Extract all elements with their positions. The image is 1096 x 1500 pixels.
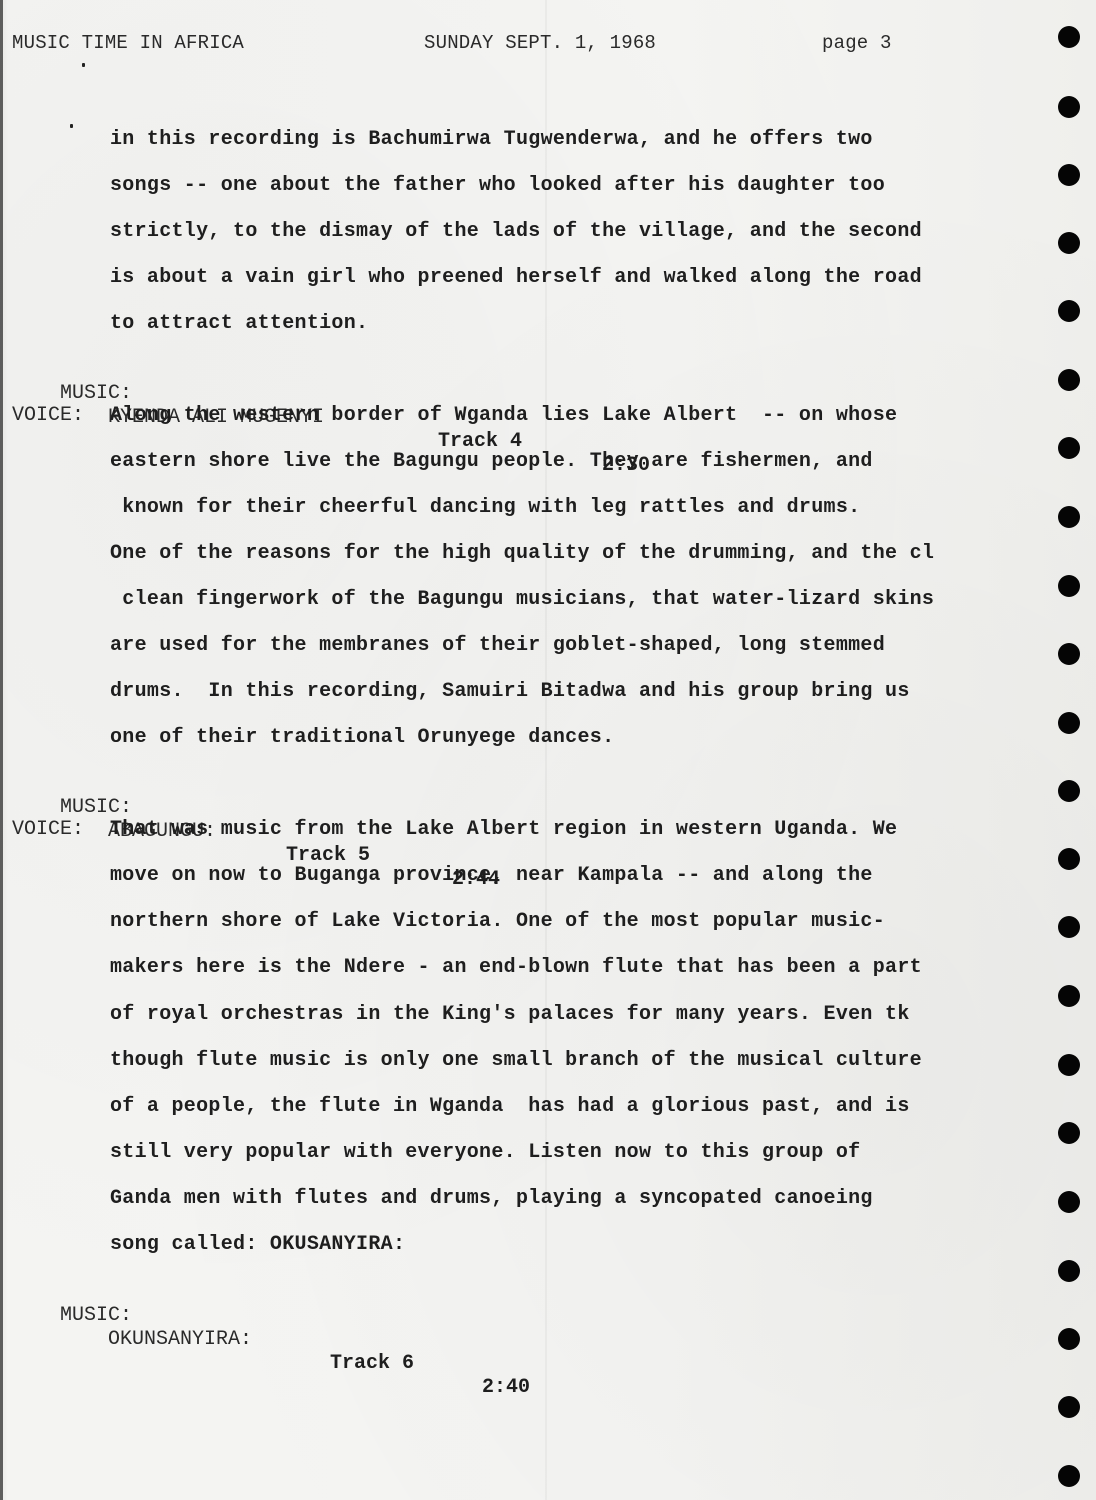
- text-line: One of the reasons for the high quality …: [110, 542, 934, 566]
- text-line: of a people, the flute in Wganda has had…: [110, 1095, 910, 1119]
- text-line: still very popular with everyone. Listen…: [110, 1141, 860, 1165]
- broadcast-date: SUNDAY SEPT. 1, 1968: [424, 32, 656, 54]
- music-cue-track-6: MUSIC: OKUNSANYIRA: Track 6 2:40: [12, 1280, 712, 1424]
- punch-hole-icon: [1058, 1328, 1080, 1350]
- text-line: one of their traditional Orunyege dances…: [110, 726, 614, 750]
- punch-hole-icon: [1058, 1465, 1080, 1487]
- text-line: of royal orchestras in the King's palace…: [110, 1003, 910, 1027]
- text-line: makers here is the Ndere - an end-blown …: [110, 956, 922, 980]
- text-line: Along the western border of Wganda lies …: [110, 404, 897, 428]
- punch-hole-icon: [1058, 780, 1080, 802]
- punch-hole-icon: [1058, 164, 1080, 186]
- punch-hole-icon: [1058, 916, 1080, 938]
- text-line: is about a vain girl who preened herself…: [110, 266, 922, 290]
- cue-label: MUSIC:: [60, 1304, 132, 1327]
- punch-hole-icon: [1058, 1054, 1080, 1076]
- punch-hole-icon: [1058, 575, 1080, 597]
- text-line: clean fingerwork of the Bagungu musician…: [110, 588, 934, 612]
- page-left-edge: [0, 0, 3, 1500]
- punch-hole-icon: [1058, 369, 1080, 391]
- music-cue-track-5: MUSIC: ABAGUNGU: Track 5 2:44: [12, 772, 712, 916]
- text-line: in this recording is Bachumirwa Tugwende…: [110, 128, 873, 152]
- punch-hole-icon: [1058, 1396, 1080, 1418]
- text-line: songs -- one about the father who looked…: [110, 174, 885, 198]
- punch-hole-icon: [1058, 985, 1080, 1007]
- text-line: drums. In this recording, Samuiri Bitadw…: [110, 680, 910, 704]
- text-line: Ganda men with flutes and drums, playing…: [110, 1187, 873, 1211]
- punch-hole-icon: [1058, 437, 1080, 459]
- text-line: move on now to Buganga province, near Ka…: [110, 864, 873, 888]
- text-line: though flute music is only one small bra…: [110, 1049, 922, 1073]
- punch-hole-icon: [1058, 96, 1080, 118]
- punch-hole-icon: [1058, 848, 1080, 870]
- text-line: are used for the membranes of their gobl…: [110, 634, 885, 658]
- punch-hole-icon: [1058, 300, 1080, 322]
- text-line: to attract attention.: [110, 312, 368, 336]
- text-line: northern shore of Lake Victoria. One of …: [110, 910, 885, 934]
- punch-hole-icon: [1058, 506, 1080, 528]
- text-line: strictly, to the dismay of the lads of t…: [110, 220, 922, 244]
- punch-hole-icon: [1058, 712, 1080, 734]
- cue-label: MUSIC:: [60, 382, 132, 405]
- voice-label: VOICE:: [12, 404, 84, 428]
- cue-label: MUSIC:: [60, 796, 132, 819]
- program-title: MUSIC TIME IN AFRICA: [12, 32, 244, 54]
- text-line: known for their cheerful dancing with le…: [110, 496, 860, 520]
- typescript-page: MUSIC TIME IN AFRICA SUNDAY SEPT. 1, 196…: [0, 0, 1096, 1500]
- cue-track: Track 6: [330, 1352, 414, 1376]
- text-line: That was music from the Lake Albert regi…: [110, 818, 897, 842]
- ink-speck: [82, 63, 85, 67]
- punch-hole-icon: [1058, 1191, 1080, 1213]
- voice-label: VOICE:: [12, 818, 84, 842]
- cue-duration: 2:40: [482, 1376, 530, 1400]
- text-line: eastern shore live the Bagungu people. T…: [110, 450, 873, 474]
- text-line: song called: OKUSANYIRA:: [110, 1233, 405, 1257]
- punch-hole-icon: [1058, 1122, 1080, 1144]
- punch-hole-icon: [1058, 232, 1080, 254]
- punch-hole-icon: [1058, 26, 1080, 48]
- punch-hole-icon: [1058, 1260, 1080, 1282]
- music-cue-track-4: MUSIC: KYENDA ALI MUGENYI Track 4 2:30: [12, 358, 712, 502]
- cue-title: OKUNSANYIRA:: [108, 1328, 252, 1352]
- page-number: page 3: [822, 32, 892, 54]
- ink-speck: [70, 124, 73, 128]
- punch-hole-icon: [1058, 643, 1080, 665]
